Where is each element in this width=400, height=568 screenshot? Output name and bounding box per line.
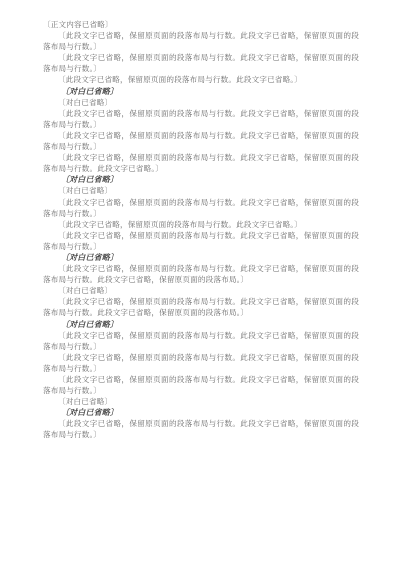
paragraph: 〔此段文字已省略，保留原页面的段落布局与行数。此段文字已省略，保留原页面的段落布…: [43, 296, 359, 318]
paragraph: 〔此段文字已省略，保留原页面的段落布局与行数。此段文字已省略。〕: [43, 74, 359, 85]
dialogue-line: 〔对白已省略〕: [43, 407, 359, 418]
paragraph: 〔此段文字已省略，保留原页面的段落布局与行数。此段文字已省略，保留原页面的段落布…: [43, 374, 359, 396]
paragraph: 〔此段文字已省略，保留原页面的段落布局与行数。此段文字已省略，保留原页面的段落布…: [43, 52, 359, 74]
paragraph: 〔此段文字已省略，保留原页面的段落布局与行数。此段文字已省略。〕: [43, 219, 359, 230]
paragraph: 〔此段文字已省略，保留原页面的段落布局与行数。此段文字已省略，保留原页面的段落布…: [43, 263, 359, 285]
paragraph: 〔此段文字已省略，保留原页面的段落布局与行数。此段文字已省略，保留原页面的段落布…: [43, 197, 359, 219]
dialogue-line: 〔对白已省略〕: [43, 174, 359, 185]
paragraph: 〔此段文字已省略，保留原页面的段落布局与行数。此段文字已省略，保留原页面的段落布…: [43, 352, 359, 374]
paragraph: 〔对白已省略〕: [43, 396, 359, 407]
paragraph: 〔对白已省略〕: [43, 97, 359, 108]
dialogue-line: 〔对白已省略〕: [43, 252, 359, 263]
paragraph: 〔对白已省略〕: [43, 185, 359, 196]
paragraph: 〔对白已省略〕: [43, 285, 359, 296]
paragraph: 〔此段文字已省略，保留原页面的段落布局与行数。此段文字已省略，保留原页面的段落布…: [43, 330, 359, 352]
paragraph: 〔此段文字已省略，保留原页面的段落布局与行数。此段文字已省略，保留原页面的段落布…: [43, 418, 359, 440]
paragraph: 〔正文内容已省略〕: [43, 19, 359, 30]
paragraph: 〔此段文字已省略，保留原页面的段落布局与行数。此段文字已省略，保留原页面的段落布…: [43, 152, 359, 174]
paragraph: 〔此段文字已省略，保留原页面的段落布局与行数。此段文字已省略，保留原页面的段落布…: [43, 108, 359, 130]
document-page: 〔正文内容已省略〕 〔此段文字已省略，保留原页面的段落布局与行数。此段文字已省略…: [43, 19, 359, 441]
paragraph: 〔此段文字已省略，保留原页面的段落布局与行数。此段文字已省略，保留原页面的段落布…: [43, 130, 359, 152]
dialogue-line: 〔对白已省略〕: [43, 319, 359, 330]
dialogue-line: 〔对白已省略〕: [43, 86, 359, 97]
paragraph: 〔此段文字已省略，保留原页面的段落布局与行数。此段文字已省略，保留原页面的段落布…: [43, 30, 359, 52]
paragraph: 〔此段文字已省略，保留原页面的段落布局与行数。此段文字已省略，保留原页面的段落布…: [43, 230, 359, 252]
